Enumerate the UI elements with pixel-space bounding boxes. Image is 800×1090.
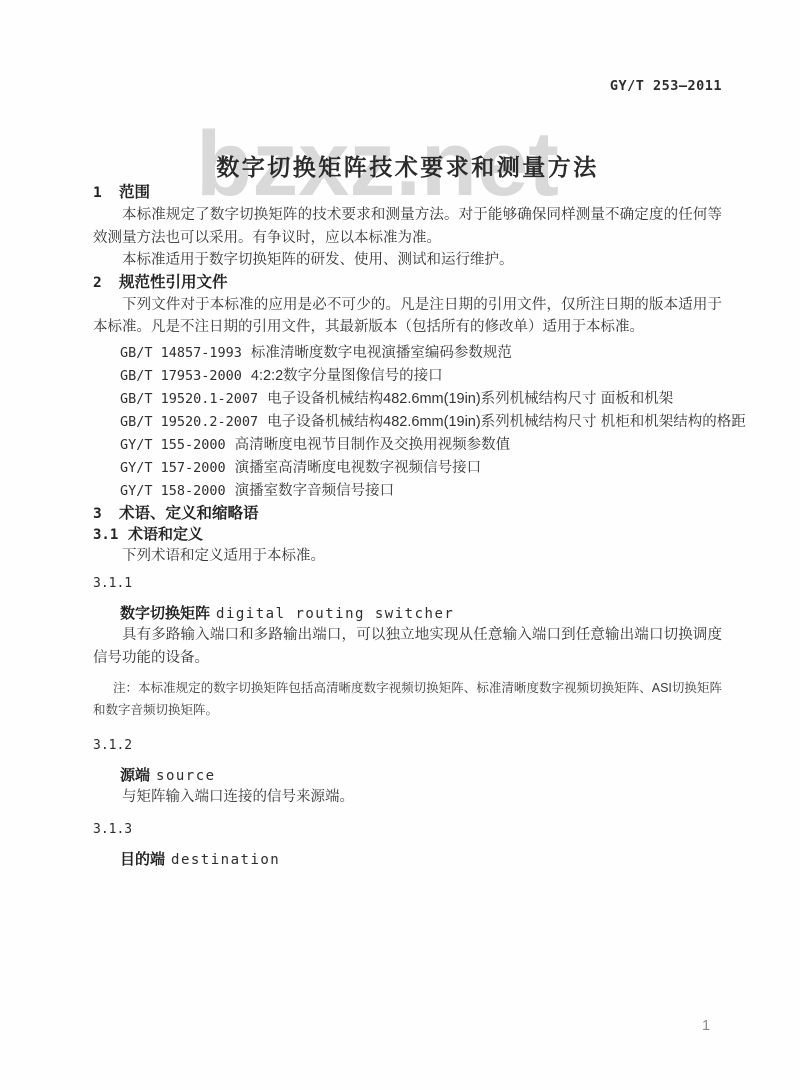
clause-number-3-1-3: 3.1.3 bbox=[93, 821, 722, 839]
page-number: 1 bbox=[702, 1018, 710, 1034]
references-intro: 下列文件对于本标准的应用是必不可少的。凡是注日期的引用文件，仅所注日期的版本适用… bbox=[93, 294, 722, 339]
section-3-title: 术语、定义和缩略语 bbox=[119, 505, 259, 522]
reference-item: GB/T 19520.1-2007电子设备机械结构482.6mm(19in)系列… bbox=[93, 388, 722, 411]
reference-title: 电子设备机械结构482.6mm(19in)系列机械结构尺寸 机柜和机架结构的格距 bbox=[267, 414, 746, 430]
reference-title: 4:2:2数字分量图像信号的接口 bbox=[251, 368, 443, 384]
term-english: destination bbox=[171, 852, 280, 868]
reference-code: GB/T 19520.1-2007 bbox=[120, 391, 258, 407]
term-entry: 源端source bbox=[93, 766, 722, 786]
references-list: GB/T 14857-1993标准清晰度数字电视演播室编码参数规范 GB/T 1… bbox=[93, 342, 722, 503]
reference-code: GB/T 19520.2-2007 bbox=[120, 414, 258, 430]
reference-title: 演播室数字音频信号接口 bbox=[235, 483, 395, 499]
term-chinese: 数字切换矩阵 bbox=[120, 605, 210, 622]
section-1-number: 1 bbox=[93, 183, 119, 204]
section-1-title: 范围 bbox=[119, 184, 150, 201]
document-title: 数字切换矩阵技术要求和测量方法 bbox=[93, 152, 722, 182]
reference-title: 标准清晰度数字电视演播室编码参数规范 bbox=[251, 345, 512, 361]
section-2-heading: 2规范性引用文件 bbox=[93, 272, 722, 294]
page-content: GY/T 253—2011 数字切换矩阵技术要求和测量方法 1范围 本标准规定了… bbox=[0, 0, 800, 870]
section-3-number: 3 bbox=[93, 504, 119, 525]
term-chinese: 目的端 bbox=[120, 851, 165, 868]
reference-code: GY/T 157-2000 bbox=[120, 460, 226, 476]
section-3-heading: 3术语、定义和缩略语 bbox=[93, 503, 722, 525]
scope-paragraph-1: 本标准规定了数字切换矩阵的技术要求和测量方法。对于能够确保同样测量不确定度的任何… bbox=[93, 204, 722, 249]
scope-paragraph-2: 本标准适用于数字切换矩阵的研发、使用、测试和运行维护。 bbox=[93, 249, 722, 272]
term-chinese: 源端 bbox=[120, 767, 150, 784]
clause-number-3-1-2: 3.1.2 bbox=[93, 737, 722, 755]
reference-title: 电子设备机械结构482.6mm(19in)系列机械结构尺寸 面板和机架 bbox=[267, 391, 673, 407]
reference-title: 演播室高清晰度电视数字视频信号接口 bbox=[235, 460, 482, 476]
reference-title: 高清晰度电视节目制作及交换用视频参数值 bbox=[235, 437, 511, 453]
section-2-number: 2 bbox=[93, 273, 119, 294]
section-3-1-number: 3.1 bbox=[93, 525, 128, 545]
term-english: digital routing switcher bbox=[216, 606, 454, 622]
reference-item: GB/T 19520.2-2007电子设备机械结构482.6mm(19in)系列… bbox=[93, 411, 722, 434]
reference-code: GB/T 17953-2000 bbox=[120, 368, 242, 384]
terms-intro: 下列术语和定义适用于本标准。 bbox=[93, 545, 722, 568]
term-entry: 目的端destination bbox=[93, 850, 722, 870]
section-3-1-title: 术语和定义 bbox=[128, 526, 203, 543]
reference-item: GB/T 17953-20004:2:2数字分量图像信号的接口 bbox=[93, 365, 722, 388]
section-1-heading: 1范围 bbox=[93, 182, 722, 204]
clause-number-3-1-1: 3.1.1 bbox=[93, 575, 722, 593]
reference-code: GY/T 155-2000 bbox=[120, 437, 226, 453]
standard-number: GY/T 253—2011 bbox=[93, 0, 722, 94]
term-note: 注：本标准规定的数字切换矩阵包括高清晰度数字视频切换矩阵、标准清晰度数字视频切换… bbox=[93, 677, 722, 721]
section-3-1-heading: 3.1术语和定义 bbox=[93, 525, 722, 545]
term-english: source bbox=[156, 768, 216, 784]
document-page: bzxz.net GY/T 253—2011 数字切换矩阵技术要求和测量方法 1… bbox=[0, 0, 800, 1090]
reference-code: GY/T 158-2000 bbox=[120, 483, 226, 499]
reference-code: GB/T 14857-1993 bbox=[120, 345, 242, 361]
reference-item: GY/T 155-2000高清晰度电视节目制作及交换用视频参数值 bbox=[93, 434, 722, 457]
section-2-title: 规范性引用文件 bbox=[119, 274, 228, 291]
term-definition: 与矩阵输入端口连接的信号来源端。 bbox=[93, 786, 722, 809]
reference-item: GY/T 157-2000演播室高清晰度电视数字视频信号接口 bbox=[93, 457, 722, 480]
reference-item: GB/T 14857-1993标准清晰度数字电视演播室编码参数规范 bbox=[93, 342, 722, 365]
reference-item: GY/T 158-2000演播室数字音频信号接口 bbox=[93, 480, 722, 503]
term-definition: 具有多路输入端口和多路输出端口，可以独立地实现从任意输入端口到任意输出端口切换调… bbox=[93, 624, 722, 669]
term-entry: 数字切换矩阵digital routing switcher bbox=[93, 604, 722, 624]
